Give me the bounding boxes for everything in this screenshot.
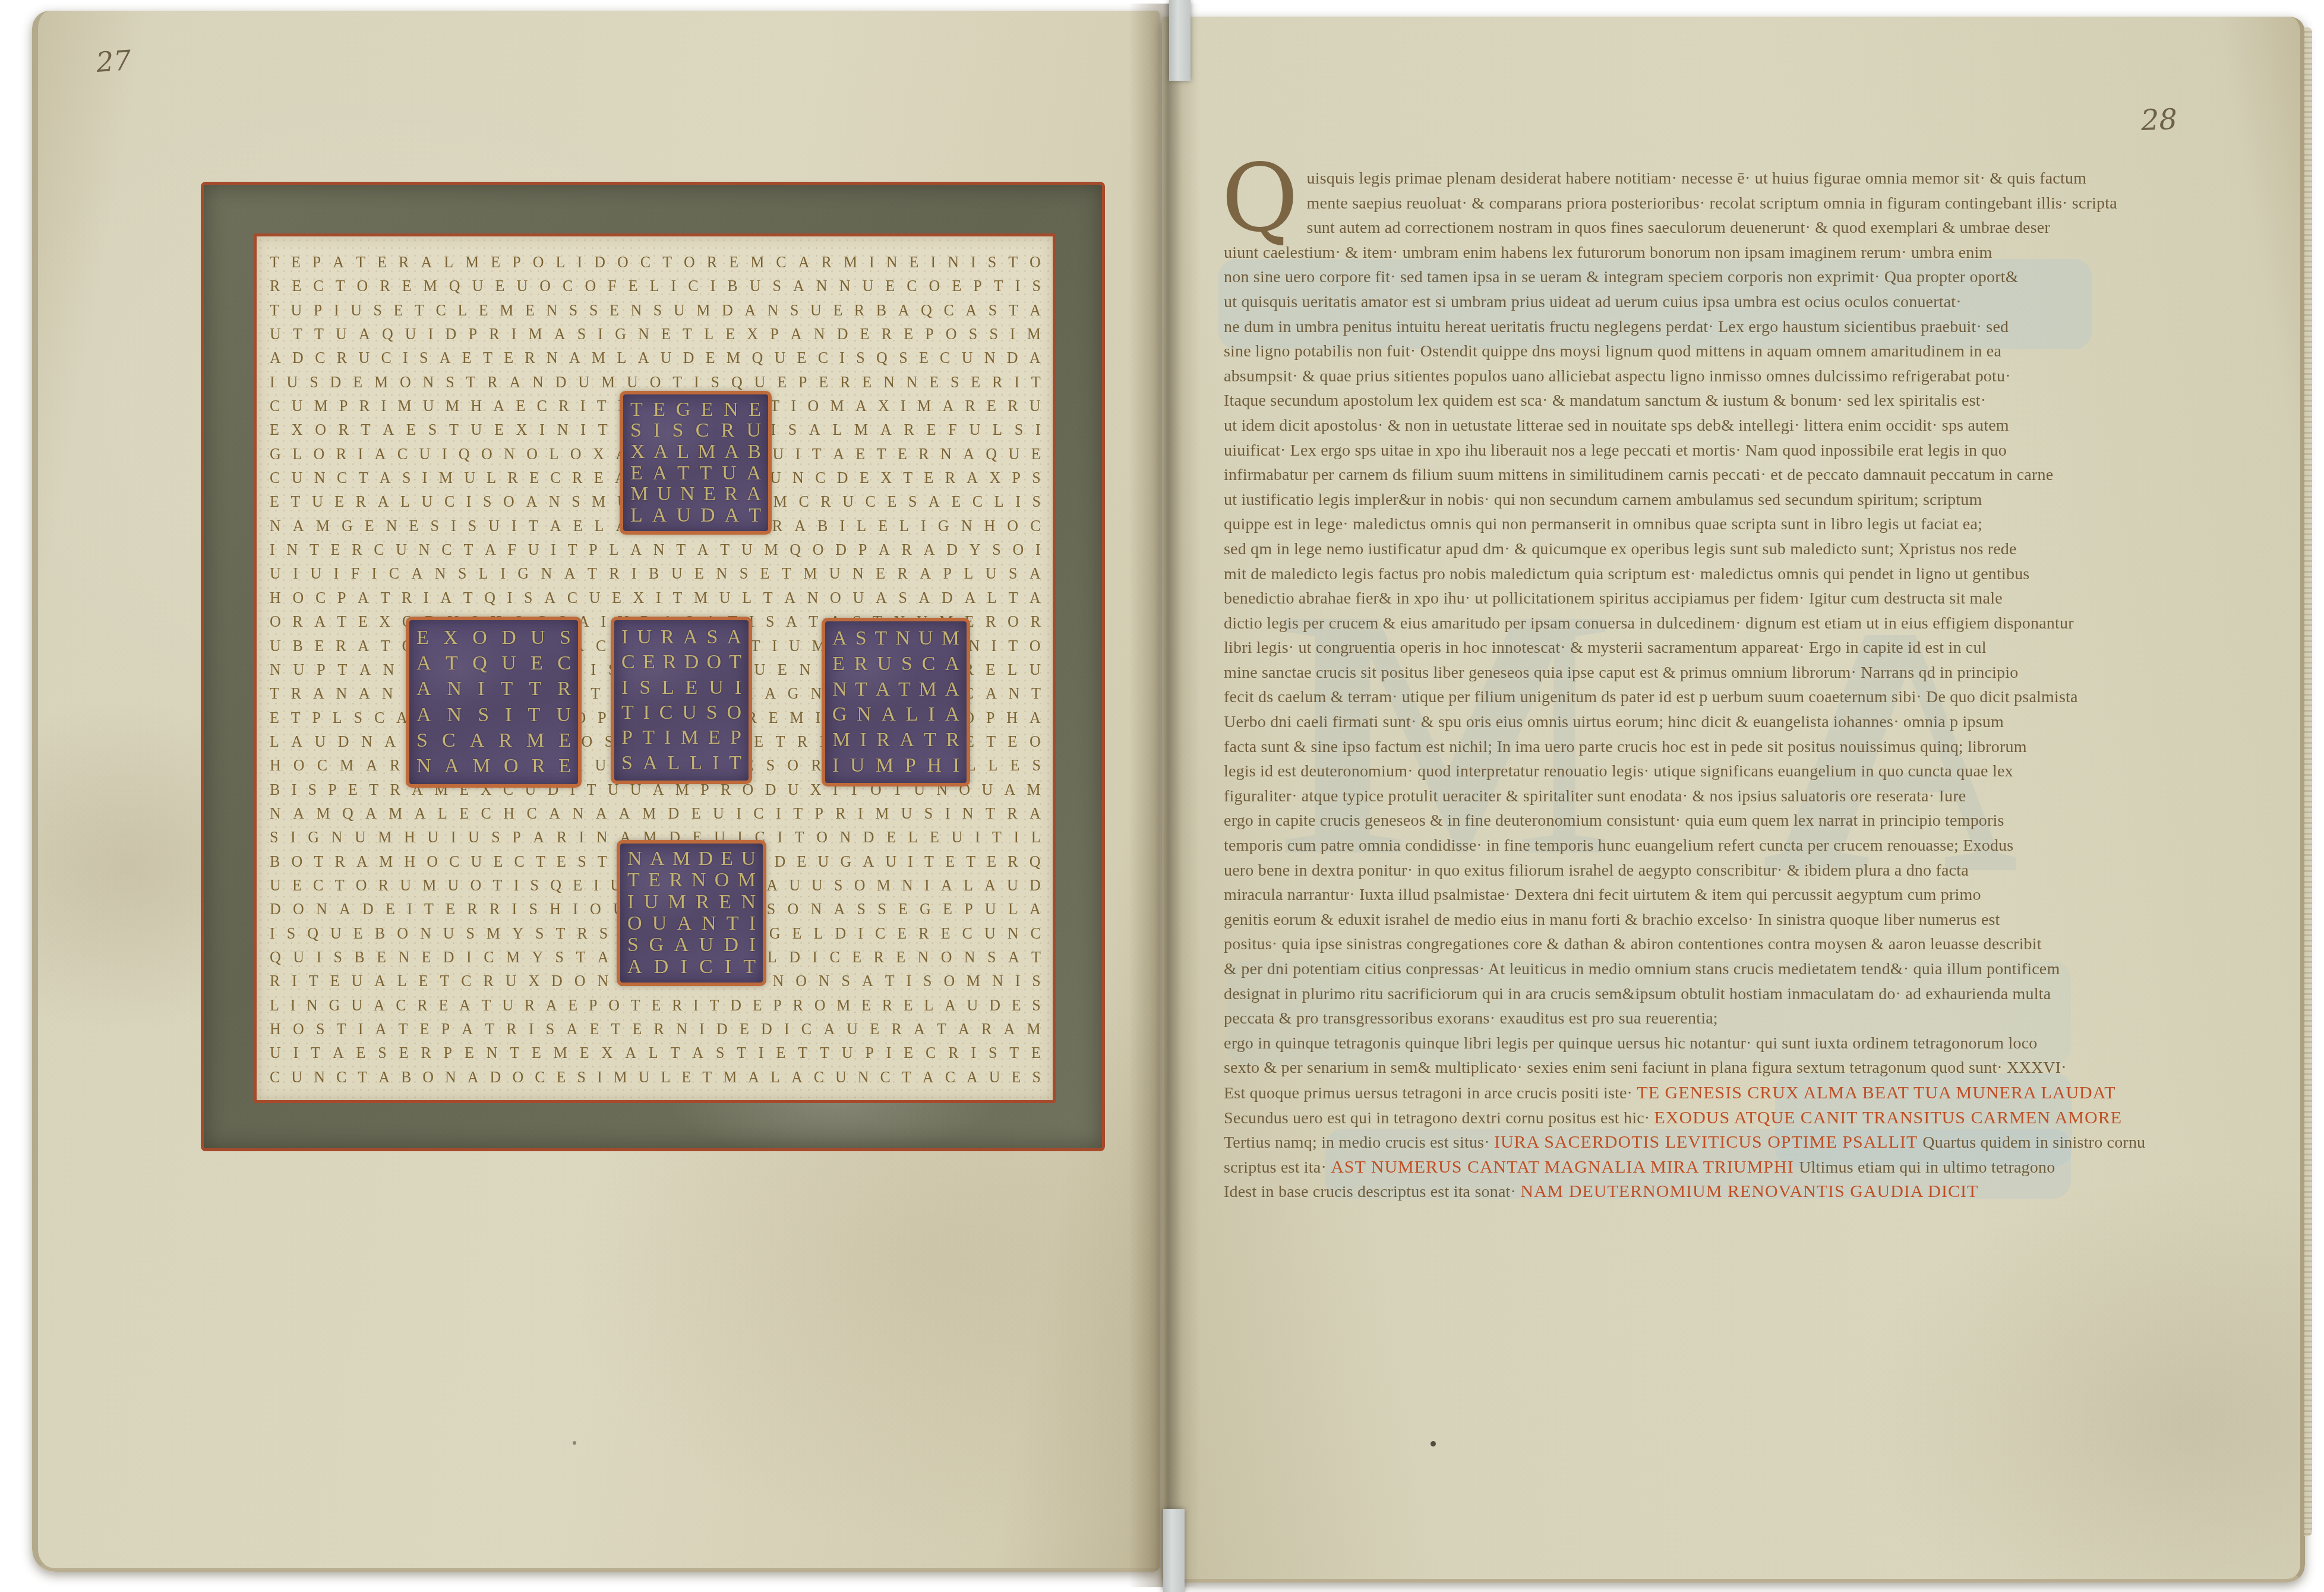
grid-letter: U: [842, 493, 854, 510]
grid-letter: N: [992, 972, 1003, 989]
intext-letter: I: [725, 957, 731, 977]
grid-letter: R: [1030, 613, 1040, 630]
grid-letter: I: [270, 374, 275, 390]
grid-letter: X: [880, 469, 892, 486]
grid-letter: D: [594, 254, 605, 270]
grid-letter: D: [775, 853, 786, 870]
grid-letter: R: [525, 349, 535, 366]
grid-letter: I: [573, 901, 578, 917]
grid-letter: I: [451, 829, 456, 845]
grid-letter: E: [852, 949, 861, 965]
grid-letter: I: [424, 589, 429, 606]
intext-letter: R: [498, 731, 512, 751]
grid-letter: A: [378, 1069, 390, 1085]
grid-letter: O: [293, 901, 304, 917]
grid-letter: U: [464, 469, 475, 486]
grid-letter: G: [788, 685, 799, 702]
intext-letter: I: [621, 678, 628, 698]
intext-letter: U: [918, 628, 933, 649]
intext-letter: A: [945, 680, 959, 700]
grid-letter: Q: [550, 877, 561, 893]
grid-letter: E: [348, 781, 358, 798]
grid-letter: G: [840, 853, 851, 870]
grid-letter: O: [929, 277, 940, 294]
intext-letter: D: [698, 849, 713, 869]
grid-letter: S: [402, 469, 411, 486]
grid-letter: E: [365, 517, 374, 534]
intext-letter: U: [850, 756, 865, 776]
grid-letter: A: [798, 254, 810, 270]
grid-letter: S: [992, 541, 1000, 558]
grid-letter: I: [292, 972, 297, 989]
grid-letter: D: [362, 901, 374, 917]
grid-letter: U: [293, 661, 305, 678]
intext-letter: T: [699, 463, 712, 484]
grid-letter: C: [818, 349, 828, 366]
text-line: mente saepius reuoluat· & comparans prio…: [1224, 191, 2151, 216]
grid-letter: N: [810, 685, 822, 702]
grid-letter: R: [270, 972, 280, 989]
grid-letter: A: [1030, 589, 1041, 606]
intext-letter: M: [630, 484, 648, 504]
grid-letter: R: [339, 421, 349, 438]
grid-letter: T: [568, 541, 577, 558]
grid-row: IUSDEMONSTRANDUMUOTISQUEPERENNESERIT: [270, 374, 1041, 390]
grid-letter: A: [366, 757, 377, 773]
grid-letter: M: [316, 517, 330, 534]
grid-letter: N: [445, 1069, 456, 1085]
grid-letter: S: [923, 972, 932, 989]
grid-letter: C: [313, 277, 323, 294]
intext-letter: A: [677, 914, 691, 934]
grid-letter: U: [468, 829, 479, 845]
grid-letter: P: [328, 781, 336, 798]
intext-letter: R: [661, 627, 674, 647]
grid-letter: E: [725, 326, 735, 342]
grid-letter: R: [918, 925, 929, 942]
grid-letter: S: [529, 901, 537, 917]
grid-letter: I: [924, 877, 930, 893]
grid-letter: R: [558, 397, 569, 414]
grid-letter: U: [293, 949, 304, 965]
grid-letter: R: [965, 397, 975, 414]
grid-letter: U: [578, 374, 589, 390]
grid-letter: E: [568, 997, 577, 1013]
grid-letter: R: [835, 805, 845, 822]
grid-letter: T: [336, 277, 345, 294]
intext-letter: R: [946, 730, 959, 750]
grid-letter: I: [293, 1044, 299, 1061]
grid-letter: O: [787, 757, 798, 773]
grid-letter: N: [814, 326, 825, 342]
grid-letter: T: [270, 685, 279, 702]
grid-letter: R: [854, 302, 864, 318]
grid-letter: I: [591, 661, 596, 678]
grid-letter: U: [422, 493, 433, 510]
grid-letter: H: [404, 853, 415, 870]
grid-letter: P: [925, 326, 933, 342]
grid-letter: E: [377, 254, 387, 270]
grid-letter: R: [336, 446, 346, 462]
grid-letter: E: [876, 565, 885, 582]
intext-row: SISCRU: [630, 421, 761, 441]
grid-letter: A: [440, 589, 451, 606]
grid-letter: N: [549, 493, 560, 510]
grid-letter: S: [468, 517, 476, 534]
grid-letter: T: [631, 997, 640, 1013]
grid-letter: T: [820, 1044, 829, 1061]
grid-letter: U: [811, 877, 823, 893]
grid-letter: O: [854, 877, 866, 893]
intext-letter: M: [668, 892, 686, 912]
grid-letter: E: [422, 949, 431, 965]
grid-letter: A: [339, 901, 351, 917]
intext-row: ERUSCA: [832, 654, 959, 674]
grid-letter: T: [463, 589, 473, 606]
grid-letter: O: [357, 277, 368, 294]
grid-letter: I: [290, 829, 296, 845]
intext-letter: T: [727, 914, 739, 934]
grid-letter: U: [901, 805, 912, 822]
grid-row: TEPATERALMEPOLIDOCTOREMCARMINEINISTO: [270, 254, 1041, 270]
intext-letter: A: [727, 627, 741, 647]
text-line: non sine uero corpore fit· sed tamen ips…: [1224, 265, 2151, 290]
intext-letter: N: [627, 849, 642, 869]
grid-letter: L: [987, 589, 997, 606]
grid-letter: A: [809, 421, 820, 438]
grid-letter: U: [967, 997, 978, 1013]
grid-letter: I: [358, 446, 363, 462]
grid-letter: U: [502, 997, 513, 1013]
grid-letter: P: [973, 277, 981, 294]
grid-letter: T: [683, 326, 692, 342]
grid-letter: M: [529, 326, 542, 342]
grid-letter: E: [459, 805, 469, 822]
grid-letter: R: [356, 493, 366, 510]
grid-letter: I: [699, 1021, 705, 1037]
intext-letter: A: [674, 935, 689, 955]
intext-letter: U: [637, 627, 652, 647]
grid-letter: S: [951, 374, 959, 390]
grid-letter: R: [1007, 805, 1017, 822]
grid-letter: U: [405, 326, 416, 342]
grid-letter: C: [945, 1069, 955, 1085]
intext-letter: I: [627, 892, 634, 912]
intext-block-bottom: NAMDEUTERNOMIUMRENOUANTISGAUDIADICIT: [617, 840, 766, 986]
grid-letter: S: [524, 589, 532, 606]
grid-letter: U: [671, 565, 683, 582]
rubric-text: EXODUS ATQUE CANIT TRANSITUS CARMEN AMOR…: [1654, 1108, 2122, 1127]
grid-letter: U: [443, 925, 454, 942]
grid-letter: N: [596, 829, 608, 845]
grid-letter: T: [937, 1021, 946, 1037]
grid-letter: D: [765, 781, 776, 798]
grid-letter: L: [814, 925, 823, 942]
grid-letter: S: [535, 925, 544, 942]
grid-letter: A: [440, 349, 451, 366]
grid-letter: G: [329, 997, 340, 1013]
grid-letter: U: [989, 1069, 1000, 1085]
grid-letter: O: [813, 541, 824, 558]
grid-letter: I: [812, 949, 817, 965]
intext-letter: E: [719, 892, 731, 912]
grid-letter: O: [585, 277, 596, 294]
intext-letter: T: [855, 680, 867, 700]
grid-letter: T: [676, 541, 686, 558]
grid-letter: L: [487, 469, 496, 486]
grid-letter: N: [547, 302, 558, 318]
grid-letter: A: [291, 733, 302, 750]
grid-letter: U: [292, 397, 303, 414]
grid-letter: R: [359, 397, 370, 414]
grid-letter: D: [443, 949, 454, 965]
intext-row: EATTUA: [630, 463, 761, 484]
grid-letter: O: [400, 374, 411, 390]
grid-letter: U: [396, 541, 407, 558]
grid-letter: N: [800, 661, 811, 678]
grid-letter: I: [270, 925, 275, 942]
grid-letter: U: [818, 853, 829, 870]
grid-letter: E: [580, 1044, 589, 1061]
intext-letter: N: [832, 680, 847, 700]
grid-letter: I: [539, 421, 545, 438]
grid-letter: S: [1032, 997, 1040, 1013]
grid-letter: C: [866, 493, 876, 510]
grid-letter: L: [832, 421, 842, 438]
grid-letter: A: [942, 397, 953, 414]
intext-letter: M: [672, 849, 690, 869]
grid-letter: I: [422, 469, 428, 486]
grid-letter: T: [270, 254, 279, 270]
grid-letter: O: [397, 925, 408, 942]
grid-letter: R: [336, 637, 346, 653]
grid-letter: N: [541, 565, 552, 582]
grid-letter: T: [671, 1044, 680, 1061]
grid-letter: A: [862, 972, 873, 989]
text-line-rubric: Idest in base crucis descriptus est ita …: [1224, 1179, 2151, 1204]
grid-letter: C: [926, 1044, 936, 1061]
grid-letter: B: [270, 853, 280, 870]
grid-letter: Q: [459, 446, 470, 462]
grid-letter: T: [598, 853, 607, 870]
grid-letter: E: [1031, 446, 1041, 462]
intext-letter: M: [697, 442, 715, 462]
grid-letter: I: [598, 326, 603, 342]
grid-letter: E: [878, 517, 888, 534]
grid-letter: N: [557, 421, 569, 438]
intext-letter: D: [700, 506, 715, 526]
grid-letter: E: [929, 374, 939, 390]
grid-letter: A: [375, 446, 386, 462]
grid-letter: S: [842, 972, 850, 989]
grid-letter: R: [557, 829, 567, 845]
grid-letter: L: [1008, 661, 1017, 678]
intext-row: PTIMEP: [621, 728, 741, 748]
grid-letter: A: [638, 349, 649, 366]
gutter-fold: [1129, 4, 1200, 1587]
grid-letter: E: [760, 565, 770, 582]
grid-letter: T: [314, 326, 324, 342]
intext-letter: E: [558, 731, 571, 751]
intext-block-middle-left: EXODUSATQUECANITTRANSITUSCARMENAMORE: [406, 617, 582, 788]
grid-letter: M: [696, 302, 710, 318]
grid-letter: E: [898, 901, 908, 917]
grid-letter: T: [591, 685, 600, 702]
intext-letter: A: [653, 463, 668, 484]
grid-letter: U: [270, 637, 281, 653]
grid-letter: E: [633, 1021, 642, 1037]
intext-letter: L: [667, 753, 680, 773]
grid-letter: D: [1007, 349, 1018, 366]
grid-letter: C: [441, 541, 451, 558]
intext-letter: L: [690, 753, 702, 773]
grid-letter: O: [292, 853, 303, 870]
grid-letter: M: [614, 1069, 627, 1085]
intext-block-middle-right: ASTNUMERUSCANTATMAGNALIAMIRATRIUMPHI: [822, 618, 970, 786]
grid-letter: N: [984, 349, 996, 366]
text-line: dictio legis per crucem & eius amaritudo…: [1224, 611, 2151, 636]
grid-letter: S: [428, 421, 437, 438]
grid-letter: S: [989, 302, 997, 318]
intext-letter: I: [735, 678, 741, 698]
intext-letter: S: [672, 421, 684, 441]
grid-letter: U: [336, 326, 347, 342]
grid-letter: S: [988, 254, 996, 270]
grid-letter: Q: [1030, 853, 1041, 870]
grid-letter: O: [1008, 613, 1019, 630]
intext-row: OUANTI: [627, 914, 756, 934]
intext-letter: L: [662, 678, 674, 698]
intext-letter: S: [630, 421, 642, 441]
grid-letter: N: [653, 541, 665, 558]
grid-letter: E: [399, 1044, 409, 1061]
intext-letter: U: [709, 678, 724, 698]
intext-letter: Q: [472, 653, 487, 674]
grid-letter: A: [356, 853, 368, 870]
intext-letter: S: [621, 753, 633, 773]
grid-row: ADCRUCISAETERNAMLAUDEMQUECISQSECUNDA: [270, 350, 1041, 365]
grid-letter: M: [554, 1044, 567, 1061]
grid-letter: A: [1030, 709, 1041, 725]
intext-row: XALMAB: [630, 442, 761, 462]
grid-letter: T: [356, 254, 365, 270]
grid-letter: N: [907, 374, 918, 390]
grid-letter: S: [1015, 421, 1023, 438]
grid-letter: A: [1030, 805, 1041, 822]
intext-letter: U: [682, 703, 697, 723]
grid-letter: S: [766, 757, 775, 773]
grid-letter: L: [549, 446, 558, 462]
grid-letter: N: [792, 469, 804, 486]
grid-letter: E: [862, 374, 871, 390]
grid-letter: N: [382, 685, 393, 702]
grid-letter: T: [529, 517, 538, 534]
grid-letter: T: [466, 374, 475, 390]
text-line: peccata & pro transgressoribus exorans· …: [1224, 1006, 2151, 1031]
grid-letter: I: [597, 1069, 602, 1085]
grid-letter: A: [924, 541, 935, 558]
intext-letter: U: [722, 463, 737, 484]
grid-letter: T: [966, 853, 975, 870]
grid-letter: P: [469, 326, 477, 342]
grid-letter: I: [1015, 493, 1021, 510]
grid-letter: A: [459, 997, 471, 1013]
text-line: sexto & per senarium in sem& multiplicat…: [1224, 1056, 2151, 1081]
grid-letter: E: [971, 374, 980, 390]
page-number-right: 28: [2140, 103, 2178, 137]
grid-letter: I: [511, 326, 517, 342]
grid-letter: E: [740, 1021, 749, 1037]
grid-letter: C: [943, 302, 953, 318]
grid-letter: L: [270, 733, 279, 750]
grid-letter: E: [910, 254, 919, 270]
grid-letter: U: [713, 805, 724, 822]
intext-letter: N: [447, 679, 462, 699]
grid-letter: C: [374, 709, 384, 725]
grid-letter: I: [442, 446, 447, 462]
grid-letter: R: [945, 469, 955, 486]
intext-letter: E: [701, 400, 713, 420]
grid-letter: E: [661, 326, 671, 342]
grid-letter: N: [902, 877, 913, 893]
grid-letter: Y: [970, 541, 981, 558]
text-line: temporis cum patre omnia condidisse· in …: [1224, 833, 2151, 858]
grid-letter: T: [793, 805, 803, 822]
grid-letter: U: [985, 901, 996, 917]
grid-letter: H: [404, 829, 415, 845]
grid-letter: I: [694, 374, 699, 390]
intext-row: NAMORE: [416, 756, 571, 776]
grid-letter: O: [356, 877, 367, 893]
grid-letter: D: [789, 949, 800, 965]
grid-letter: A: [333, 254, 344, 270]
grid-letter: I: [512, 901, 517, 917]
grid-letter: S: [908, 493, 917, 510]
intext-letter: U: [741, 849, 756, 869]
intext-letter: T: [528, 705, 541, 725]
grid-letter: L: [444, 254, 453, 270]
grid-letter: A: [374, 972, 386, 989]
text-line: infirmabatur per carnem ds filium suum m…: [1224, 463, 2151, 488]
grid-letter: M: [694, 589, 708, 606]
grid-letter: U: [970, 421, 981, 438]
grid-letter: T: [992, 829, 1002, 845]
intext-letter: N: [857, 705, 871, 725]
grid-letter: S: [270, 829, 278, 845]
grid-letter: R: [402, 589, 412, 606]
grid-letter: E: [987, 397, 996, 414]
grid-letter: E: [792, 925, 802, 942]
grid-row: UITAESERPENTEMEXALTASTIETTUPIECRISTE: [270, 1045, 1041, 1060]
grid-letter: E: [952, 277, 961, 294]
grid-letter: A: [526, 493, 537, 510]
intext-letter: R: [532, 756, 545, 776]
grid-letter: L: [661, 1069, 670, 1085]
grid-letter: R: [380, 277, 390, 294]
grid-letter: U: [810, 302, 822, 318]
grid-letter: E: [377, 949, 386, 965]
grid-letter: T: [798, 1044, 807, 1061]
grid-letter: N: [435, 565, 446, 582]
grid-letter: I: [514, 877, 519, 893]
grid-letter: S: [898, 589, 907, 606]
grid-letter: E: [270, 421, 279, 438]
grid-letter: I: [511, 517, 517, 534]
intext-letter: A: [444, 756, 459, 776]
text-line: mine sanctae crucis sit positus liber ge…: [1224, 661, 2151, 686]
grid-letter: D: [490, 1069, 501, 1085]
intext-letter: O: [627, 914, 642, 934]
